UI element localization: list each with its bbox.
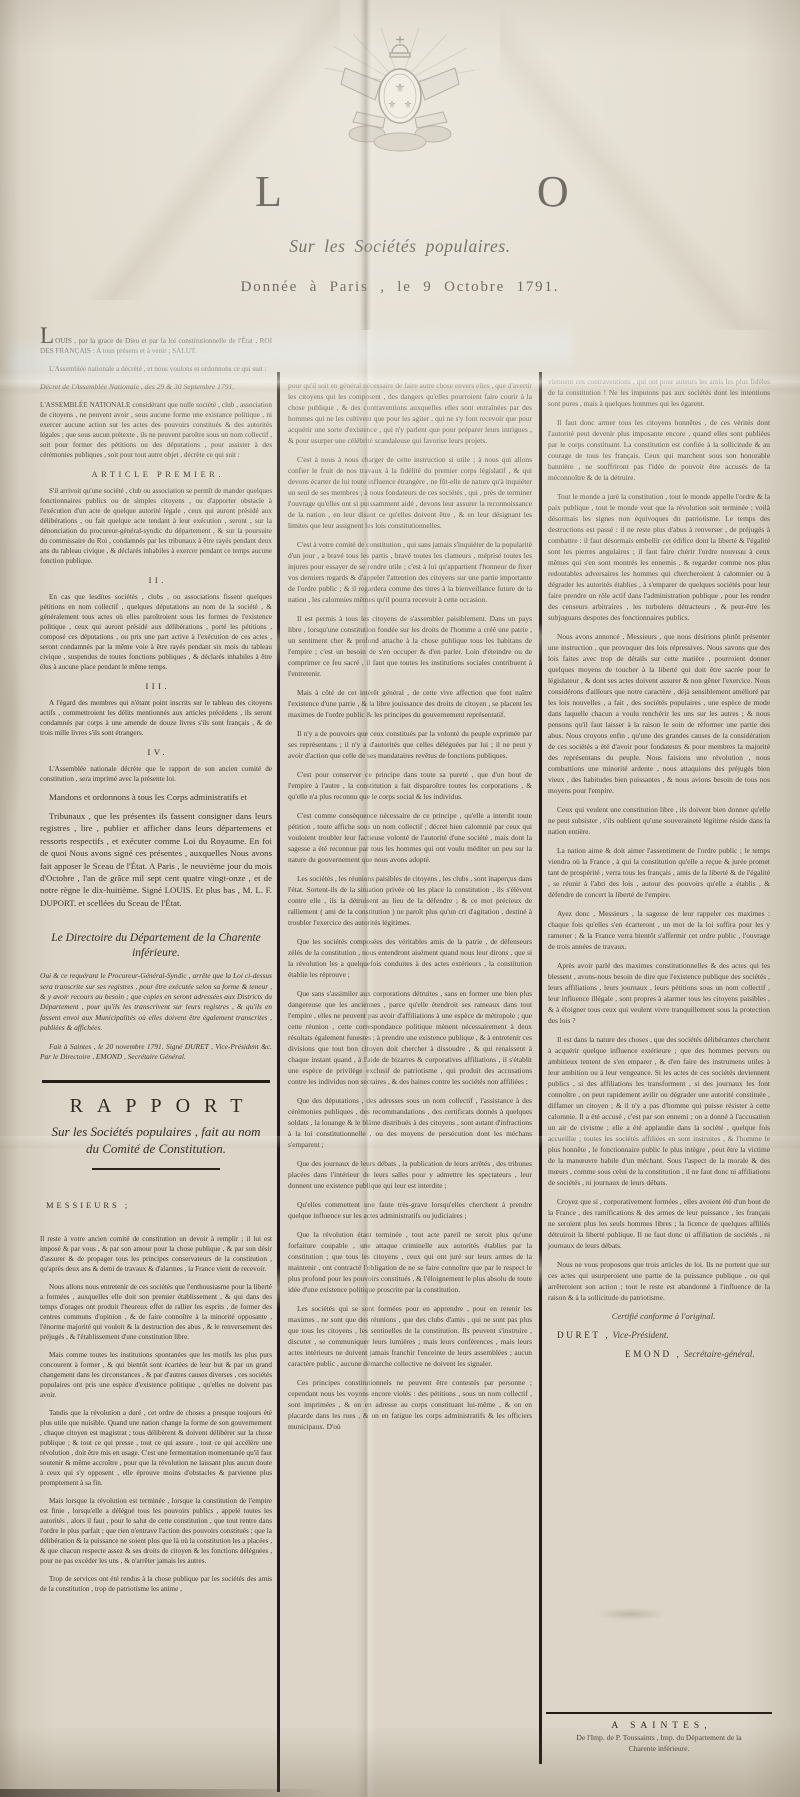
rapport-paragraph: Que des députations , des adresses sous … (288, 1095, 532, 1150)
broadside-document: ⚜ ⚜ ⚜ LOI Sur les Sociétés populaires. D… (0, 0, 800, 1797)
subtitle-rule (92, 1168, 220, 1170)
decree-reference: Décret de l'Assemblée Nationale , des 29… (40, 382, 272, 392)
rapport-title: RAPPORT (40, 1101, 272, 1111)
left-column: LOUIS , par la grace de Dieu et par la l… (40, 330, 272, 1602)
signature-name: DURET , (557, 1330, 610, 1340)
rapport-paragraph: Ayez donc , Messieurs , la sagesse de le… (548, 908, 770, 952)
signature-name: EMOND , (625, 1349, 681, 1359)
middle-column: pour qu'il soit en général nécessaire de… (288, 380, 532, 1440)
rapport-paragraph: Il faut donc armer tous les citoyens hon… (548, 417, 770, 483)
svg-text:⚜: ⚜ (395, 81, 406, 95)
article-1-heading: ARTICLE PREMIER. (40, 469, 272, 479)
article-3-heading: III. (40, 681, 272, 691)
rapport-paragraph: Nous allons nous entretenir de ces socié… (40, 1282, 272, 1342)
rapport-paragraph: Les sociétés qui se sont formées pour en… (288, 1303, 532, 1369)
rapport-subtitle: Sur les Sociétés populaires , fait au no… (46, 1123, 266, 1158)
svg-text:⚜: ⚜ (404, 100, 413, 111)
rapport-paragraph: Tandis que la révolution a duré , cet or… (40, 1408, 272, 1488)
rapport-paragraph: Que des journaux de leurs débats , la pu… (288, 1158, 532, 1191)
rapport-paragraph: Croyez que si , corporativement formées … (548, 1196, 770, 1251)
rapport-paragraph: Il est permis à tous les citoyens de s'a… (288, 613, 532, 679)
royal-coat-of-arms-icon: ⚜ ⚜ ⚜ (315, 26, 485, 166)
rapport-paragraph: Après avoir parlé des maximes constituti… (548, 960, 770, 1026)
law-subject: Sur les Sociétés populaires. (0, 236, 800, 257)
article-2-heading: II. (40, 575, 272, 585)
rapport-paragraph: Que la révolution étant terminée , tout … (288, 1229, 532, 1295)
law-title: LOI (0, 166, 800, 217)
salutation: MESSIEURS ; (46, 1200, 272, 1210)
law-preamble: L'ASSEMBLÉE NATIONALE considérant que nu… (40, 400, 272, 460)
royal-opening: LOUIS , par la grace de Dieu et par la l… (40, 330, 272, 356)
directoire-signature: Fait à Saintes , le 20 novembre 1791. Si… (40, 1042, 272, 1062)
signature-role: Vice-Président. (613, 1330, 669, 1340)
rapport-paragraph: Mais lorsque la révolution est terminée … (40, 1496, 272, 1566)
certification-line: Certifié conforme à l'original. (548, 1311, 770, 1322)
rapport-paragraph: C'est comme conséquence nécessaire de ce… (288, 810, 532, 865)
rapport-paragraph: Que sans s'assimiler aux corporations dé… (288, 988, 532, 1087)
imprint-line: Charente inférieure. (546, 1744, 772, 1753)
paper-edge-shadow (0, 1789, 330, 1797)
imprint-city: A SAINTES, (546, 1721, 772, 1731)
rapport-paragraph: C'est pour conserver ce principe dans to… (288, 769, 532, 802)
rapport-paragraph: viennent ces contraventions , qui ont po… (548, 376, 770, 409)
article-4-text: L'Assemblée nationale décrète que le rap… (40, 764, 272, 784)
rapport-paragraph: Nous ne vous proposons que trois article… (548, 1259, 770, 1303)
paper-stain (0, 620, 26, 820)
signature-emond: EMOND , Secrétaire-général. (616, 1349, 770, 1360)
column-rule (539, 372, 542, 1764)
rapport-paragraph: Ces principes constitutionnels ne peuven… (288, 1377, 532, 1432)
rapport-paragraph: Mais à côté de cet intérêt général , de … (288, 687, 532, 720)
rapport-paragraph: Que les sociétés composées des véritable… (288, 936, 532, 980)
rapport-paragraph: La nation aime & doit aimer l'assentimen… (548, 845, 770, 900)
rapport-paragraph: C'est à votre comité de constitution , q… (288, 539, 532, 605)
column-rule (277, 372, 280, 1792)
signature-duret: DURET , Vice-Président. (548, 1330, 770, 1341)
rapport-paragraph: Mais comme toutes les institutions spont… (40, 1350, 272, 1400)
directoire-heading: Le Directoire du Département de la Chare… (48, 931, 264, 961)
rapport-paragraph: Tout le monde a juré la constitution , t… (548, 491, 770, 623)
article-4-heading: IV. (40, 747, 272, 757)
rapport-paragraph: Ceux qui veulent une constitution libre … (548, 804, 770, 837)
right-column: viennent ces contraventions , qui ont po… (548, 376, 770, 1368)
imprint-line: De l'Imp. de P. Toussaints , Imp. du Dép… (546, 1733, 772, 1742)
rapport-paragraph: Nous avons annoncé , Messieurs , que nou… (548, 631, 770, 796)
dateline: Donnée à Paris , le 9 Octobre 1791. (0, 279, 800, 296)
rapport-paragraph: pour qu'il soit en général nécessaire de… (288, 380, 532, 446)
svg-text:⚜: ⚜ (388, 100, 397, 111)
article-3-text: A l'égard des membres qui n'étant point … (40, 698, 272, 738)
rapport-paragraph: Il est dans la nature des choses , que d… (548, 1034, 770, 1188)
article-1-text: S'il arrivoit qu'une société , club ou a… (40, 486, 272, 566)
printer-imprint: A SAINTES, De l'Imp. de P. Toussaints , … (546, 1712, 772, 1753)
rapport-paragraph: Qu'elles commettent une faute très-grave… (288, 1199, 532, 1221)
decree-announcement: L'Assemblée nationale a décrété , et nou… (40, 364, 272, 374)
directoire-text: Oui & ce requérant le Procureur-Général-… (40, 971, 272, 1033)
paper-stain (596, 1608, 666, 1620)
rapport-paragraph: Il reste à votre ancien comité de consti… (40, 1234, 272, 1274)
article-2-text: En cas que lesdites sociétés , clubs , o… (40, 592, 272, 672)
section-divider (42, 1080, 270, 1083)
rapport-paragraph: Il n'y a de pouvoirs que ceux constitués… (288, 728, 532, 761)
rapport-paragraph: Trop de services ont été rendus à la cho… (40, 1574, 272, 1594)
rapport-paragraph: C'est à nous à nous charger de cette ins… (288, 454, 532, 531)
mandement-intro: Mandons et ordonnons à tous les Corps ad… (40, 792, 272, 802)
rapport-paragraph: Les sociétés , les réunions paisibles de… (288, 873, 532, 928)
mandement-text: Tribunaux , que les présentes ils fassen… (40, 810, 272, 909)
signature-role: Secrétaire-général. (684, 1349, 755, 1359)
